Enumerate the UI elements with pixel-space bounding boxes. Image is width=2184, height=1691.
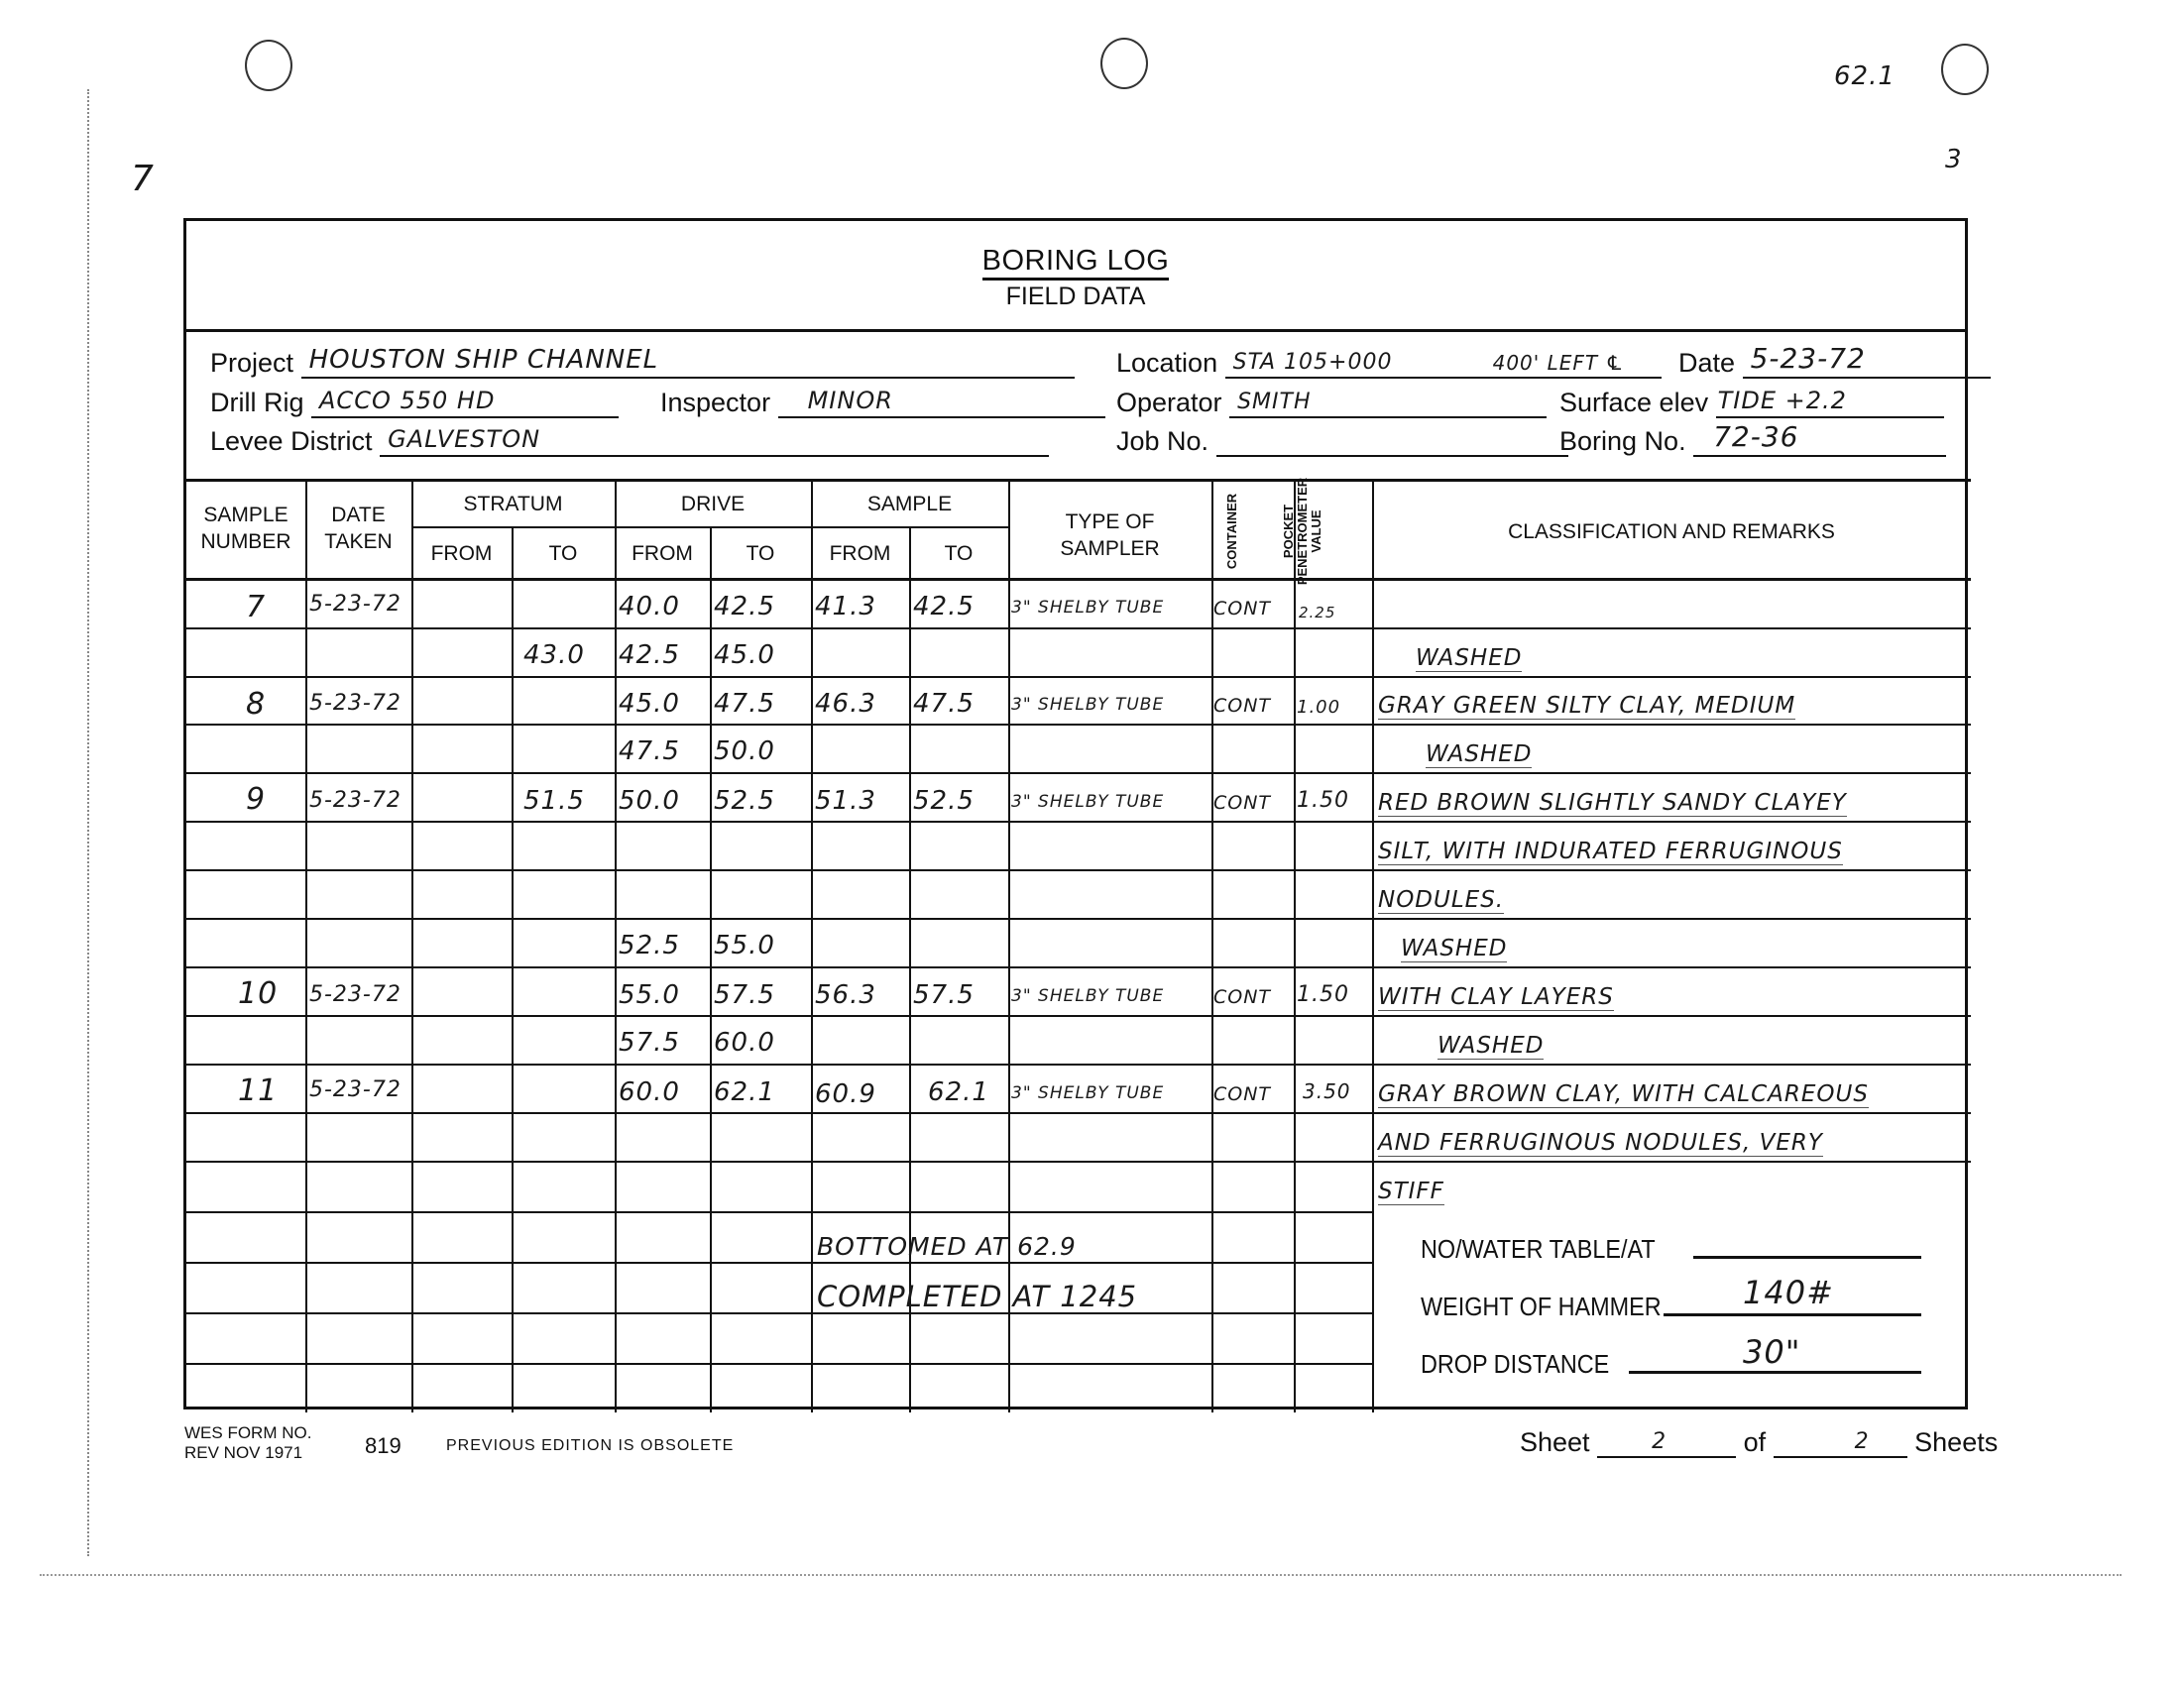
water-table-label: NO/WATER TABLE/AT [1421, 1234, 1656, 1265]
row-divider [186, 1312, 1372, 1314]
col-header-stratum-to: TO [512, 540, 615, 567]
row-divider [186, 1363, 1372, 1365]
row-divider [186, 1112, 1971, 1114]
cell-sample-from: 46.3 [815, 689, 876, 719]
col-divider [710, 526, 712, 1412]
cell-remarks: SILT, WITH INDURATED FERRUGINOUS [1378, 839, 1843, 865]
cell-stratum-to: 51.5 [523, 786, 585, 816]
cell-pocket-value: 1.50 [1297, 982, 1349, 1007]
col-header-drive-from: FROM [615, 540, 710, 567]
cell-sample-from: 60.9 [815, 1079, 876, 1109]
row-divider [186, 1015, 1971, 1017]
drop-distance-label: DROP DISTANCE [1421, 1349, 1609, 1380]
cell-drive-to: 50.0 [714, 736, 775, 766]
levee-district-field: Levee District GALVESTON [210, 426, 1049, 457]
cell-remarks: WASHED [1437, 1033, 1544, 1060]
cell-remarks: WASHED [1426, 741, 1532, 768]
cell-date-taken: 5-23-72 [309, 1077, 402, 1102]
page-number-annotation: 62.1 [1834, 61, 1896, 91]
cell-pocket-value: 3.50 [1303, 1079, 1351, 1103]
operator-field: Operator SMITH [1116, 388, 1547, 418]
date-field: Date 5-23-72 [1678, 348, 1991, 379]
form-subtitle: FIELD DATA [186, 282, 1965, 311]
boring-no-input[interactable]: 72-36 [1693, 427, 1946, 457]
drill-rig-input[interactable]: ACCO 550 HD [311, 389, 619, 418]
boring-log-form: BORING LOG FIELD DATA Project HOUSTON SH… [183, 218, 1968, 1409]
cell-container: CONT [1213, 792, 1271, 814]
cell-drive-from: 47.5 [619, 736, 680, 766]
cell-drive-from: 57.5 [619, 1028, 680, 1058]
cell-drive-from: 55.0 [619, 980, 680, 1010]
cell-remarks: NODULES. [1378, 887, 1504, 914]
cell-sampler-type: 3" SHELBY TUBE [1011, 792, 1164, 812]
form-title-box: BORING LOG FIELD DATA [186, 221, 1965, 332]
cell-sample-number: 9 [246, 782, 266, 817]
cell-drive-to: 62.1 [714, 1077, 775, 1107]
punch-hole-left [245, 40, 292, 91]
row-divider [186, 1211, 1372, 1213]
sheet-number-input[interactable]: 2 [1597, 1428, 1736, 1458]
punch-hole-right [1941, 44, 1989, 95]
hammer-weight-value: 140# [1743, 1274, 1834, 1311]
left-edge-binding [87, 89, 93, 1556]
cell-drive-from: 60.0 [619, 1077, 680, 1107]
cell-sample-from: 56.3 [815, 980, 876, 1010]
cell-sample-from: 41.3 [815, 592, 876, 621]
cell-sample-number: 11 [238, 1073, 278, 1108]
cell-sample-number: 8 [246, 687, 266, 722]
punch-hole-center [1100, 38, 1148, 89]
col-header-container: CONTAINER [1225, 482, 1239, 581]
project-input[interactable]: HOUSTON SHIP CHANNEL [301, 349, 1075, 379]
cell-sampler-type: 3" SHELBY TUBE [1011, 986, 1164, 1006]
form-title: BORING LOG [186, 245, 1965, 278]
cell-sample-to: 42.5 [913, 592, 975, 621]
cell-remarks: WITH CLAY LAYERS [1378, 984, 1614, 1011]
cell-drive-to: 47.5 [714, 689, 775, 719]
col-divider [411, 479, 413, 1412]
cell-drive-to: 52.5 [714, 786, 775, 816]
cell-drive-to: 55.0 [714, 931, 775, 960]
cell-stratum-to: 43.0 [523, 640, 585, 670]
cell-date-taken: 5-23-72 [309, 788, 402, 813]
cell-date-taken: 5-23-72 [309, 592, 402, 617]
col-header-classification: CLASSIFICATION AND REMARKS [1372, 518, 1971, 545]
cell-sampler-type: 3" SHELBY TUBE [1011, 1083, 1164, 1103]
date-input[interactable]: 5-23-72 [1743, 349, 1991, 379]
cell-sampler-type: 3" SHELBY TUBE [1011, 695, 1164, 715]
cell-sample-number: 7 [246, 590, 266, 624]
cell-remarks: AND FERRUGINOUS NODULES, VERY [1378, 1130, 1823, 1157]
hammer-weight-input[interactable] [1664, 1313, 1921, 1316]
cell-container: CONT [1213, 598, 1271, 620]
row-divider [186, 918, 1971, 920]
water-table-input[interactable] [1693, 1256, 1921, 1259]
margin-mark-right: 3 [1945, 145, 1963, 174]
cell-sample-number: 10 [238, 976, 278, 1011]
col-header-date-taken: DATE TAKEN [305, 502, 411, 555]
previous-edition-note: PREVIOUS EDITION IS OBSOLETE [446, 1437, 734, 1455]
total-sheets-input[interactable]: 2 [1774, 1428, 1907, 1458]
col-header-sample-number: SAMPLE NUMBER [186, 502, 305, 555]
cell-drive-from: 42.5 [619, 640, 680, 670]
col-divider [615, 479, 617, 1412]
col-header-pocket-penetrometer: POCKET PENETROMETER VALUE [1282, 473, 1323, 590]
row-divider [186, 1161, 1971, 1163]
row-divider [186, 966, 1971, 968]
row-divider [186, 627, 1971, 629]
levee-district-input[interactable]: GALVESTON [380, 427, 1049, 457]
col-divider [1008, 479, 1010, 1412]
cell-drive-from: 52.5 [619, 931, 680, 960]
surface-elev-field: Surface elev TIDE +2.2 [1559, 388, 1944, 418]
cell-pocket-value: 1.00 [1297, 697, 1340, 718]
boring-no-field: Boring No. 72-36 [1559, 426, 1946, 457]
cell-drive-to: 60.0 [714, 1028, 775, 1058]
drop-distance-input[interactable] [1629, 1371, 1921, 1374]
col-header-stratum: STRATUM [411, 491, 615, 517]
table-top-border [186, 479, 1971, 482]
col-header-type-of-sampler: TYPE OF SAMPLER [1008, 508, 1211, 562]
cell-date-taken: 5-23-72 [309, 691, 402, 716]
col-header-drive: DRIVE [615, 491, 811, 517]
job-no-input[interactable] [1216, 427, 1568, 457]
row-divider [186, 821, 1971, 823]
form-number: 819 [365, 1433, 402, 1459]
hammer-weight-label: WEIGHT OF HAMMER [1421, 1292, 1662, 1322]
col-divider [512, 526, 514, 1412]
cell-date-taken: 5-23-72 [309, 982, 402, 1007]
sheet-counter: Sheet 2 of 2 Sheets [1520, 1427, 1998, 1458]
cell-pocket-value: 1.50 [1297, 788, 1349, 813]
note-bottomed-at: BOTTOMED AT 62.9 [817, 1232, 1077, 1261]
cell-sample-to: 62.1 [928, 1077, 989, 1107]
job-no-field: Job No. [1116, 426, 1568, 457]
drop-distance-value: 30" [1743, 1333, 1800, 1371]
col-header-drive-to: TO [710, 540, 811, 567]
col-divider [1372, 479, 1374, 1412]
cell-remarks: WASHED [1401, 936, 1507, 962]
row-divider [186, 676, 1971, 678]
cell-drive-to: 45.0 [714, 640, 775, 670]
cell-sample-to: 47.5 [913, 689, 975, 719]
cell-remarks: STIFF [1378, 1179, 1444, 1205]
col-header-stratum-from: FROM [411, 540, 512, 567]
cell-drive-to: 42.5 [714, 592, 775, 621]
row-divider [186, 869, 1971, 871]
location-field: Location STA 105+000 400' LEFT ℄ [1116, 348, 1662, 379]
col-divider [1294, 479, 1296, 1412]
cell-pocket-value: 2.25 [1299, 604, 1335, 621]
location-input[interactable]: STA 105+000 400' LEFT ℄ [1225, 349, 1662, 379]
row-divider [186, 1262, 1372, 1264]
cell-container: CONT [1213, 695, 1271, 717]
inspector-field: Inspector MINOR [660, 388, 1105, 418]
col-divider [811, 479, 813, 1412]
project-field: Project HOUSTON SHIP CHANNEL [210, 348, 1075, 379]
col-header-sample-from: FROM [811, 540, 909, 567]
note-completed-at: COMPLETED AT 1245 [817, 1280, 1137, 1313]
col-header-sample-to: TO [909, 540, 1008, 567]
cell-remarks: WASHED [1416, 645, 1522, 672]
col-header-sample: SAMPLE [811, 491, 1008, 517]
col-divider [305, 479, 307, 1412]
row-divider [186, 1064, 1971, 1066]
cell-sample-from: 51.3 [815, 786, 876, 816]
cell-container: CONT [1213, 986, 1271, 1008]
cell-drive-from: 50.0 [619, 786, 680, 816]
margin-mark-left: 7 [131, 159, 155, 199]
row-divider [186, 772, 1971, 774]
cell-remarks: GRAY BROWN CLAY, WITH CALCAREOUS [1378, 1081, 1869, 1108]
inspector-input[interactable]: MINOR [778, 389, 1105, 418]
cell-remarks: RED BROWN SLIGHTLY SANDY CLAYEY [1378, 790, 1847, 817]
form-number-block: WES FORM NO. REV NOV 1971 [184, 1423, 311, 1463]
row-divider [186, 724, 1971, 726]
cell-sampler-type: 3" SHELBY TUBE [1011, 598, 1164, 618]
cell-drive-from: 40.0 [619, 592, 680, 621]
operator-input[interactable]: SMITH [1229, 389, 1547, 418]
drill-rig-field: Drill Rig ACCO 550 HD [210, 388, 619, 418]
surface-elev-input[interactable]: TIDE +2.2 [1716, 389, 1944, 418]
cell-drive-to: 57.5 [714, 980, 775, 1010]
cell-container: CONT [1213, 1083, 1271, 1105]
cell-remarks: GRAY GREEN SILTY CLAY, MEDIUM [1378, 693, 1795, 720]
cell-sample-to: 57.5 [913, 980, 975, 1010]
cell-drive-from: 45.0 [619, 689, 680, 719]
cell-sample-to: 52.5 [913, 786, 975, 816]
bottom-edge-line [40, 1574, 2122, 1578]
header-bottom-border [186, 578, 1971, 581]
